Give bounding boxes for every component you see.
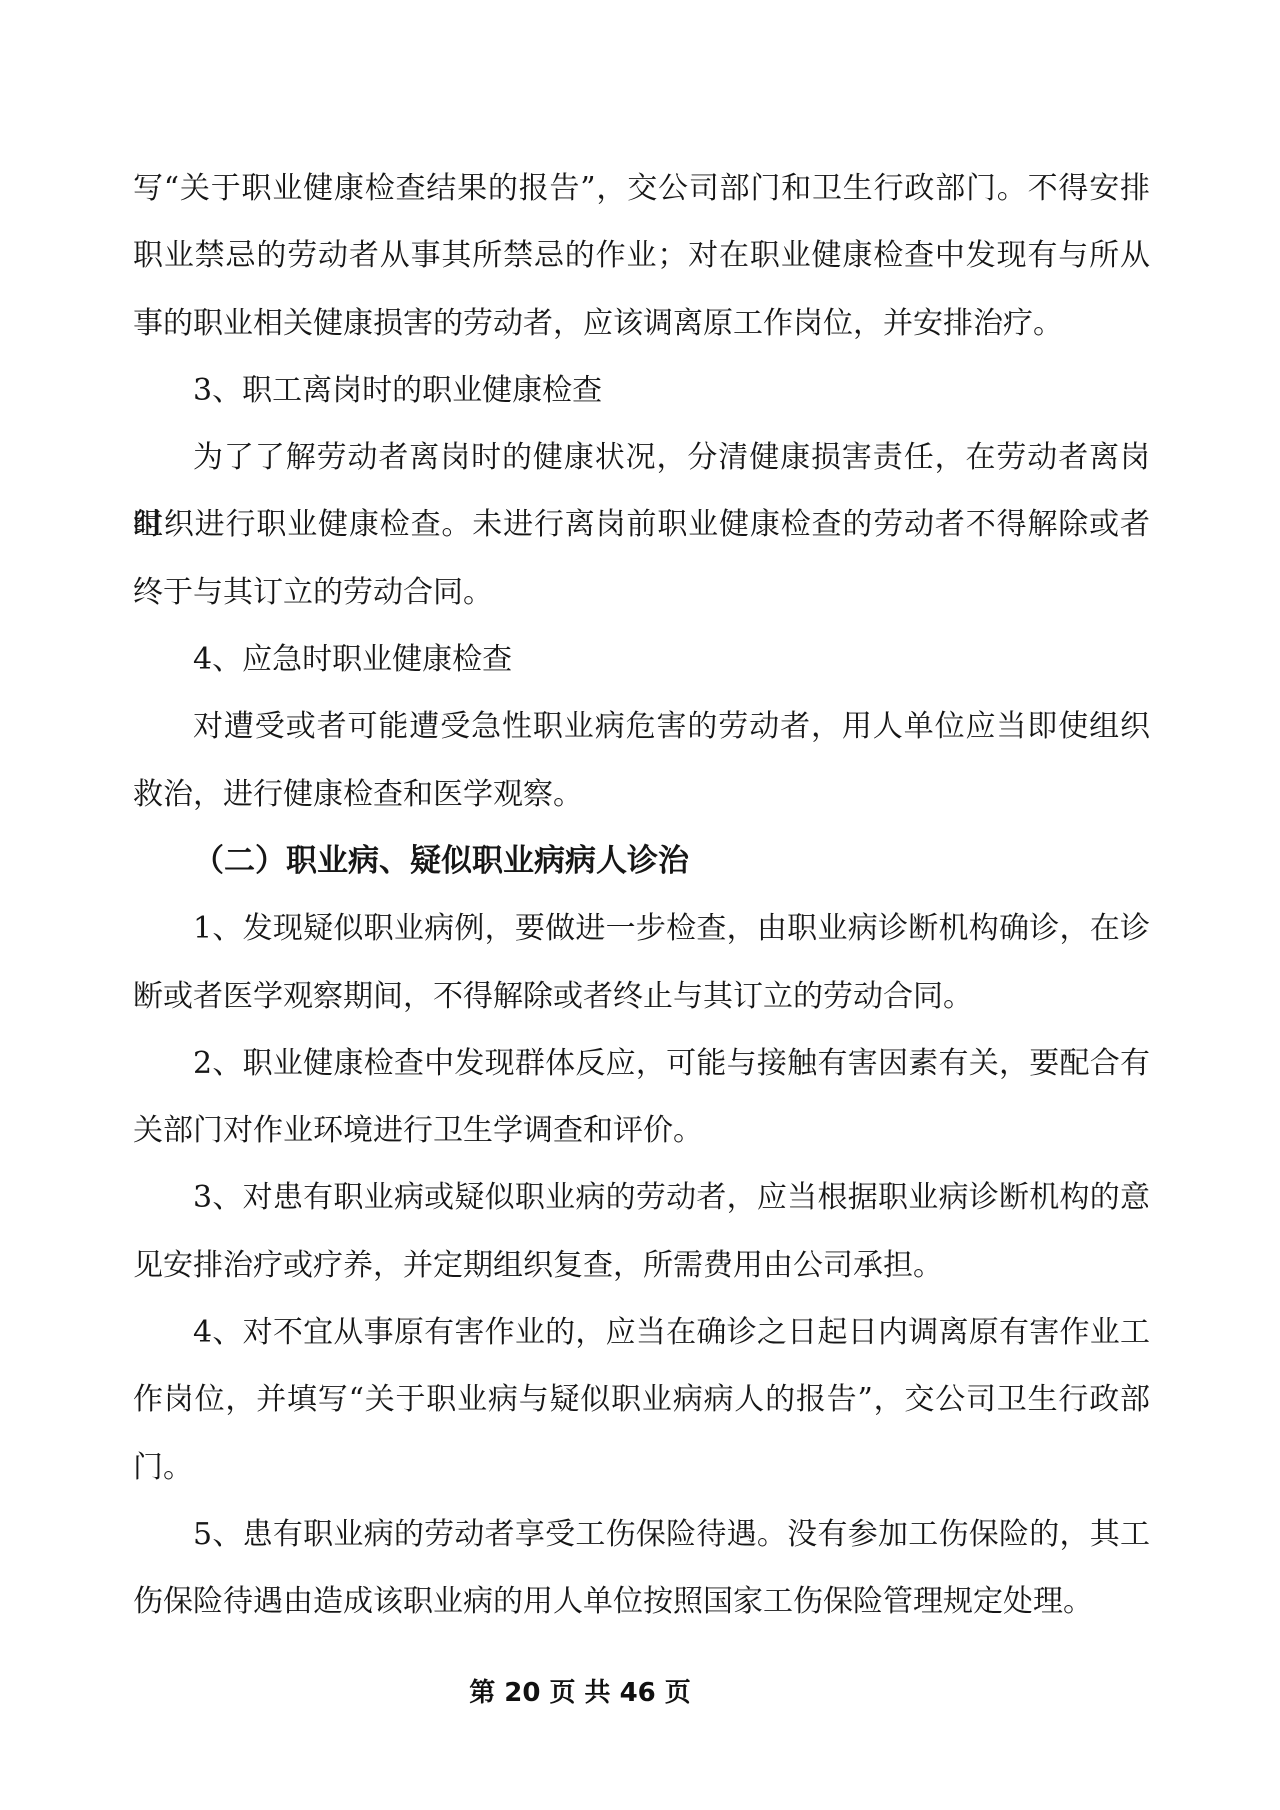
doc-line: 为了了解劳动者离岗时的健康状况，分清健康损害责任，在劳动者离岗时 [133, 424, 1150, 491]
doc-line: 作岗位，并填写“关于职业病与疑似职业病病人的报告”，交公司卫生行政部 [133, 1366, 1150, 1433]
doc-line: 4、对不宜从事原有害作业的，应当在确诊之日起日内调离原有害作业工 [133, 1299, 1150, 1366]
doc-line: 事的职业相关健康损害的劳动者，应该调离原工作岗位，并安排治疗。 [133, 290, 1150, 357]
doc-line: 终于与其订立的劳动合同。 [133, 559, 1150, 626]
doc-line: 见安排治疗或疗养，并定期组织复查，所需费用由公司承担。 [133, 1232, 1150, 1299]
section-heading: （二）职业病、疑似职业病病人诊治 [133, 828, 1150, 895]
doc-line: 3、对患有职业病或疑似职业病的劳动者，应当根据职业病诊断机构的意 [133, 1164, 1150, 1231]
doc-line: 写“关于职业健康检查结果的报告”，交公司部门和卫生行政部门。不得安排 [133, 155, 1150, 222]
doc-line: 3、职工离岗时的职业健康检查 [133, 357, 1150, 424]
doc-line: 2、职业健康检查中发现群体反应，可能与接触有害因素有关，要配合有 [133, 1030, 1150, 1097]
document-page: 写“关于职业健康检查结果的报告”，交公司部门和卫生行政部门。不得安排 职业禁忌的… [0, 0, 1280, 1810]
document-body: 写“关于职业健康检查结果的报告”，交公司部门和卫生行政部门。不得安排 职业禁忌的… [133, 155, 1150, 1636]
doc-line: 门。 [133, 1434, 1150, 1501]
doc-line: 1、发现疑似职业病例，要做进一步检查，由职业病诊断机构确诊，在诊 [133, 895, 1150, 962]
page-footer: 第 20 页 共 46 页 [0, 1668, 1160, 1718]
doc-line: 断或者医学观察期间，不得解除或者终止与其订立的劳动合同。 [133, 963, 1150, 1030]
doc-line: 救治，进行健康检查和医学观察。 [133, 761, 1150, 828]
doc-line: 关部门对作业环境进行卫生学调查和评价。 [133, 1097, 1150, 1164]
doc-line: 组织进行职业健康检查。未进行离岗前职业健康检查的劳动者不得解除或者 [133, 491, 1150, 558]
doc-line: 伤保险待遇由造成该职业病的用人单位按照国家工伤保险管理规定处理。 [133, 1568, 1150, 1635]
doc-line: 5、患有职业病的劳动者享受工伤保险待遇。没有参加工伤保险的，其工 [133, 1501, 1150, 1568]
doc-line: 职业禁忌的劳动者从事其所禁忌的作业；对在职业健康检查中发现有与所从 [133, 222, 1150, 289]
doc-line: 对遭受或者可能遭受急性职业病危害的劳动者，用人单位应当即使组织 [133, 693, 1150, 760]
doc-line: 4、应急时职业健康检查 [133, 626, 1150, 693]
